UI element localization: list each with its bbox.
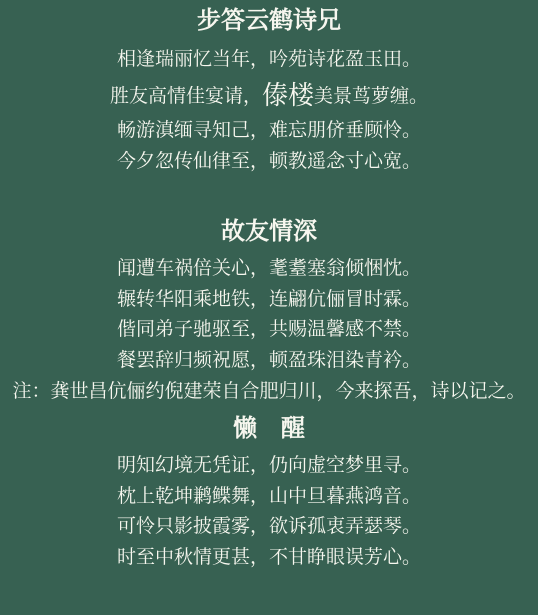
poem1-line-3: 畅游滇缅寻知己，难忘朋侪垂顾怜。 [0, 117, 538, 145]
poem-section-3: 懒 醒 明知幻境无凭证，仍向虚空梦里寻。 枕上乾坤鹣鲽舞，山中旦暮燕鸿音。 可怜… [0, 414, 538, 571]
poem2-title: 故友情深 [0, 217, 538, 247]
poem2-line-4: 餐罢辞归频祝愿，顿盈珠泪染青衿。 [0, 347, 538, 375]
poem3-line-4: 时至中秋情更甚，不甘睁眼误芳心。 [0, 544, 538, 572]
poem1-line-2-emphasis: 傣楼 [262, 80, 314, 110]
poem1-line-2-segment-pre: 胜友高情佳宴请， [110, 86, 262, 107]
poem2-line-1: 闻遭车祸倍关心，耄耋塞翁倾悃忱。 [0, 255, 538, 283]
poem1-title: 步答云鹤诗兄 [0, 6, 538, 36]
poem-section-1: 步答云鹤诗兄 相逢瑞丽忆当年，吟苑诗花盈玉田。 胜友高情佳宴请，傣楼美景茑萝缠。… [0, 6, 538, 175]
poem3-line-2: 枕上乾坤鹣鲽舞，山中旦暮燕鸿音。 [0, 483, 538, 511]
poem1-line-2-segment-post: 美景茑萝缠。 [314, 86, 428, 107]
poem3-line-1: 明知幻境无凭证，仍向虚空梦里寻。 [0, 452, 538, 480]
poem-section-2: 故友情深 闻遭车祸倍关心，耄耋塞翁倾悃忱。 辗转华阳乘地铁，连翩伉俪冒时霖。 偕… [0, 217, 538, 405]
poem2-line-2: 辗转华阳乘地铁，连翩伉俪冒时霖。 [0, 286, 538, 314]
poem1-line-4: 今夕忽传仙律至，顿教遥念寸心宽。 [0, 148, 538, 176]
poem3-title: 懒 醒 [0, 414, 538, 444]
poem1-line-2: 胜友高情佳宴请，傣楼美景茑萝缠。 [0, 77, 538, 115]
poem3-line-3: 可怜只影披霞雾，欲诉孤衷弄瑟琴。 [0, 513, 538, 541]
poem-page: 步答云鹤诗兄 相逢瑞丽忆当年，吟苑诗花盈玉田。 胜友高情佳宴请，傣楼美景茑萝缠。… [0, 0, 538, 615]
poem2-line-3: 偕同弟子驰驱至，共赐温馨感不禁。 [0, 316, 538, 344]
poem2-note: 注：龚世昌伉俪约倪建荣自合肥归川，今来探吾，诗以记之。 [0, 378, 538, 406]
poem1-line-1: 相逢瑞丽忆当年，吟苑诗花盈玉田。 [0, 46, 538, 74]
